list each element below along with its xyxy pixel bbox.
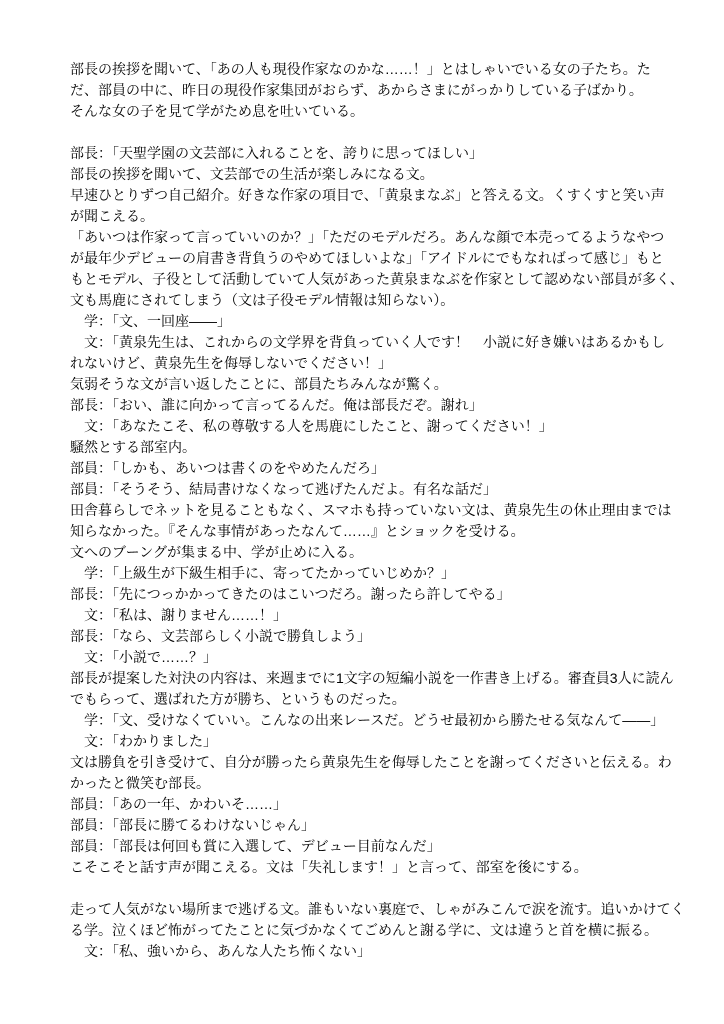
text-line: 文：「小説で……？」: [70, 647, 666, 668]
text-line: 気弱そうな文が言い返したことに、部員たちみんなが驚く。: [70, 374, 666, 395]
text-line: 部員：「しかも、あいつは書くのをやめたんだろ」: [70, 458, 666, 479]
text-line: 文：「わかりました」: [70, 731, 666, 752]
document-page: 部長の挨拶を聞いて、「あの人も現役作家なのかな……！」とはしゃいでいる女の子たち…: [0, 0, 724, 1024]
text-line: でもらって、選ばれた方が勝ち、というものだった。: [70, 689, 666, 710]
text-line: 文も馬鹿にされてしまう（文は子役モデル情報は知らない）。: [70, 290, 666, 311]
text-line: る学。泣くほど怖がってたことに気づかなくてごめんと謝る学に、文は違うと首を横に振…: [70, 920, 666, 941]
text-line: 騒然とする部室内。: [70, 437, 666, 458]
text-line: 部長：「おい、誰に向かって言ってるんだ。俺は部長だぞ。謝れ」: [70, 395, 666, 416]
text-line: 部員：「あの一年、かわいそ……」: [70, 794, 666, 815]
text-line: 文：「私、強いから、あんな人たち怖くない」: [70, 941, 666, 962]
text-line: が最年少デビューの肩書き背負うのやめてほしいよな」「アイドルにでもなればって感じ…: [70, 248, 666, 269]
document-text-block: 部長の挨拶を聞いて、「あの人も現役作家なのかな……！」とはしゃいでいる女の子たち…: [70, 59, 666, 962]
text-line: 田舎暮らしでネットを見ることもなく、スマホも持っていない文は、黄泉先生の休止理由…: [70, 500, 666, 521]
text-line: が聞こえる。: [70, 206, 666, 227]
text-line: 文へのブーングが集まる中、学が止めに入る。: [70, 542, 666, 563]
text-line: 部長：「先につっかかってきたのはこいつだろ。謝ったら許してやる」: [70, 584, 666, 605]
text-line: [70, 878, 666, 899]
text-line: [70, 122, 666, 143]
text-line: 「あいつは作家って言っていいのか？」「ただのモデルだろ。あんな顔で本売ってるよう…: [70, 227, 666, 248]
text-line: 部長の挨拶を聞いて、「あの人も現役作家なのかな……！」とはしゃいでいる女の子たち…: [70, 59, 666, 80]
text-line: れないけど、黄泉先生を侮辱しないでください！」: [70, 353, 666, 374]
text-line: 学：「文、一回座——」: [70, 311, 666, 332]
text-line: 部長：「天聖学園の文芸部に入れることを、誇りに思ってほしい」: [70, 143, 666, 164]
text-line: 文：「私は、謝りません……！」: [70, 605, 666, 626]
text-line: 部長が提案した対決の内容は、来週までに1文字の短編小説を一作書き上げる。審査員3…: [70, 668, 666, 689]
text-line: 部員：「部長に勝てるわけないじゃん」: [70, 815, 666, 836]
text-line: かったと微笑む部長。: [70, 773, 666, 794]
text-line: 早速ひとりずつ自己紹介。好きな作家の項目で、「黄泉まなぶ」と答える文。くすくすと…: [70, 185, 666, 206]
text-line: 部員：「そうそう、結局書けなくなって逃げたんだよ。有名な話だ」: [70, 479, 666, 500]
text-line: 知らなかった。『そんな事情があったなんて……』とショックを受ける。: [70, 521, 666, 542]
text-line: 文：「黄泉先生は、これからの文学界を背負っていく人です！ 小説に好き嫌いはあるか…: [70, 332, 666, 353]
text-line: 学：「上級生が下級生相手に、寄ってたかっていじめか？」: [70, 563, 666, 584]
text-line: もとモデル、子役として活動していて人気があった黄泉まなぶを作家として認めない部員…: [70, 269, 666, 290]
text-line: 走って人気がない場所まで逃げる文。誰もいない裏庭で、しゃがみこんで涙を流す。追い…: [70, 899, 666, 920]
text-line: 部員：「部長は何回も賞に入選して、デビュー目前なんだ」: [70, 836, 666, 857]
text-line: こそこそと話す声が聞こえる。文は「失礼します！」と言って、部室を後にする。: [70, 857, 666, 878]
text-line: 文は勝負を引き受けて、自分が勝ったら黄泉先生を侮辱したことを謝ってくださいと伝え…: [70, 752, 666, 773]
text-line: 部長の挨拶を聞いて、文芸部での生活が楽しみになる文。: [70, 164, 666, 185]
text-line: 学：「文、受けなくていい。こんなの出来レースだ。どうせ最初から勝たせる気なんて—…: [70, 710, 666, 731]
text-line: だ、部員の中に、昨日の現役作家集団がおらず、あからさまにがっかりしている子ばかり…: [70, 80, 666, 101]
text-line: そんな女の子を見て学がため息を吐いている。: [70, 101, 666, 122]
text-line: 文：「あなたこそ、私の尊敬する人を馬鹿にしたこと、謝ってください！」: [70, 416, 666, 437]
text-line: 部長：「なら、文芸部らしく小説で勝負しよう」: [70, 626, 666, 647]
